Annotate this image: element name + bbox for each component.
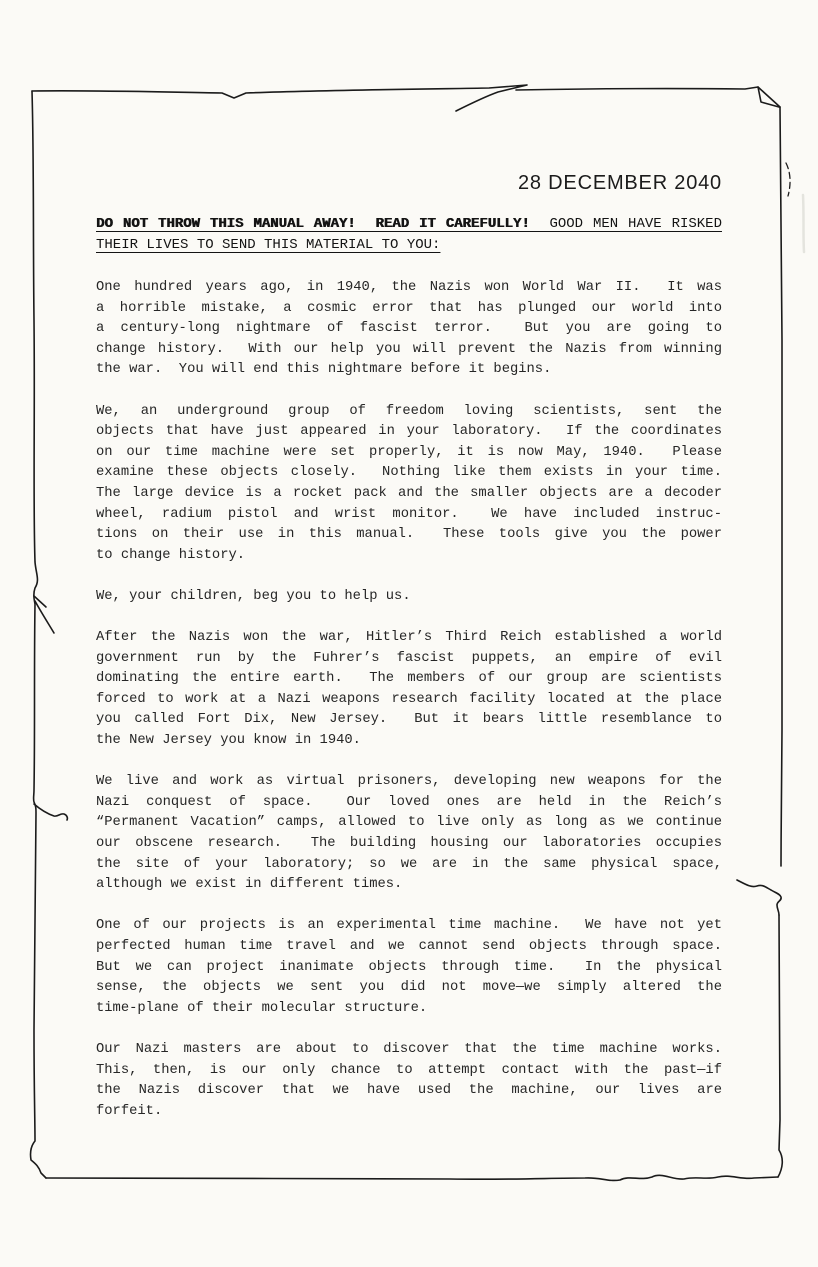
border-left-edge	[30, 91, 46, 1178]
border-right-edge-lower	[778, 915, 782, 1177]
text-line: although we exist in different times.	[96, 875, 722, 896]
text-line: dominating the entire earth. The members…	[96, 669, 722, 690]
text-line: But we can project inanimate objects thr…	[96, 958, 722, 979]
border-right-crease	[737, 880, 781, 915]
paragraph: We live and work as virtual prisoners, d…	[96, 772, 722, 896]
text-line: forfeit.	[96, 1102, 722, 1123]
text-line: sense, the objects we sent you did not m…	[96, 978, 722, 999]
text-line: the New Jersey you know in 1940.	[96, 731, 722, 752]
border-bottom-edge	[46, 1175, 778, 1180]
scan-smudge	[803, 195, 804, 252]
text-line: We, your children, beg you to help us.	[96, 587, 722, 608]
text-line: to change history.	[96, 546, 722, 567]
date-line: 28 DECEMBER 2040	[96, 172, 722, 194]
text-line: One of our projects is an experimental t…	[96, 916, 722, 937]
border-left-crease	[34, 804, 67, 820]
text-line: Our Nazi masters are about to discover t…	[96, 1040, 722, 1061]
paragraph: We, an underground group of freedom lovi…	[96, 402, 722, 567]
warning-heading-line2: THEIR LIVES TO SEND THIS MATERIAL TO YOU…	[96, 235, 722, 256]
text-line: forced to work at a Nazi weapons researc…	[96, 690, 722, 711]
text-line: government run by the Fuhrer’s fascist p…	[96, 649, 722, 670]
warning-heading-emphasis: DO NOT THROW THIS MANUAL AWAY! READ IT C…	[96, 216, 530, 232]
warning-heading-continuation: GOOD MEN HAVE RISKED	[530, 216, 722, 232]
text-line: perfected human time travel and we canno…	[96, 937, 722, 958]
warning-heading-line2-text: THEIR LIVES TO SEND THIS MATERIAL TO YOU…	[96, 237, 440, 253]
text-line: on our time machine were set properly, i…	[96, 443, 722, 464]
text-line: After the Nazis won the war, Hitler’s Th…	[96, 628, 722, 649]
letter-content: 28 DECEMBER 2040 DO NOT THROW THIS MANUA…	[96, 172, 722, 1143]
paragraph: We, your children, beg you to help us.	[96, 587, 722, 608]
text-line: We, an underground group of freedom lovi…	[96, 402, 722, 423]
text-line: “Permanent Vacation” camps, allowed to l…	[96, 813, 722, 834]
text-line: a century-long nightmare of fascist terr…	[96, 319, 722, 340]
text-line: We live and work as virtual prisoners, d…	[96, 772, 722, 793]
text-line: time-plane of their molecular structure.	[96, 999, 722, 1020]
body-paragraphs: One hundred years ago, in 1940, the Nazi…	[96, 278, 722, 1122]
text-line: tions on their use in this manual. These…	[96, 525, 722, 546]
text-line: One hundred years ago, in 1940, the Nazi…	[96, 278, 722, 299]
text-line: a horrible mistake, a cosmic error that …	[96, 299, 722, 320]
text-line: the site of your laboratory; so we are i…	[96, 855, 722, 876]
text-line: Nazi conquest of space. Our loved ones a…	[96, 793, 722, 814]
scanned-manual-page: 28 DECEMBER 2040 DO NOT THROW THIS MANUA…	[0, 0, 818, 1267]
paragraph: After the Nazis won the war, Hitler’s Th…	[96, 628, 722, 752]
text-line: objects that have just appeared in your …	[96, 422, 722, 443]
text-line: the Nazis discover that we have used the…	[96, 1081, 722, 1102]
text-line: The large device is a rocket pack and th…	[96, 484, 722, 505]
text-line: change history. With our help you will p…	[96, 340, 722, 361]
text-line: wheel, radium pistol and wrist monitor. …	[96, 505, 722, 526]
warning-heading-line1: DO NOT THROW THIS MANUAL AWAY! READ IT C…	[96, 214, 722, 235]
paragraph: One hundred years ago, in 1940, the Nazi…	[96, 278, 722, 381]
text-line: examine these objects closely. Nothing l…	[96, 463, 722, 484]
warning-heading: DO NOT THROW THIS MANUAL AWAY! READ IT C…	[96, 214, 722, 256]
border-top-edge-left	[32, 85, 527, 111]
text-line: This, then, is our only chance to attemp…	[96, 1061, 722, 1082]
border-right-edge	[780, 107, 782, 866]
border-top-edge-right	[516, 87, 758, 90]
text-line: you called Fort Dix, New Jersey. But it …	[96, 710, 722, 731]
paragraph: One of our projects is an experimental t…	[96, 916, 722, 1019]
border-dog-ear-fold	[758, 87, 780, 107]
border-right-tick	[786, 163, 790, 196]
paragraph: Our Nazi masters are about to discover t…	[96, 1040, 722, 1122]
text-line: the war. You will end this nightmare bef…	[96, 360, 722, 381]
text-line: our obscene research. The building housi…	[96, 834, 722, 855]
border-left-tear	[34, 596, 54, 633]
